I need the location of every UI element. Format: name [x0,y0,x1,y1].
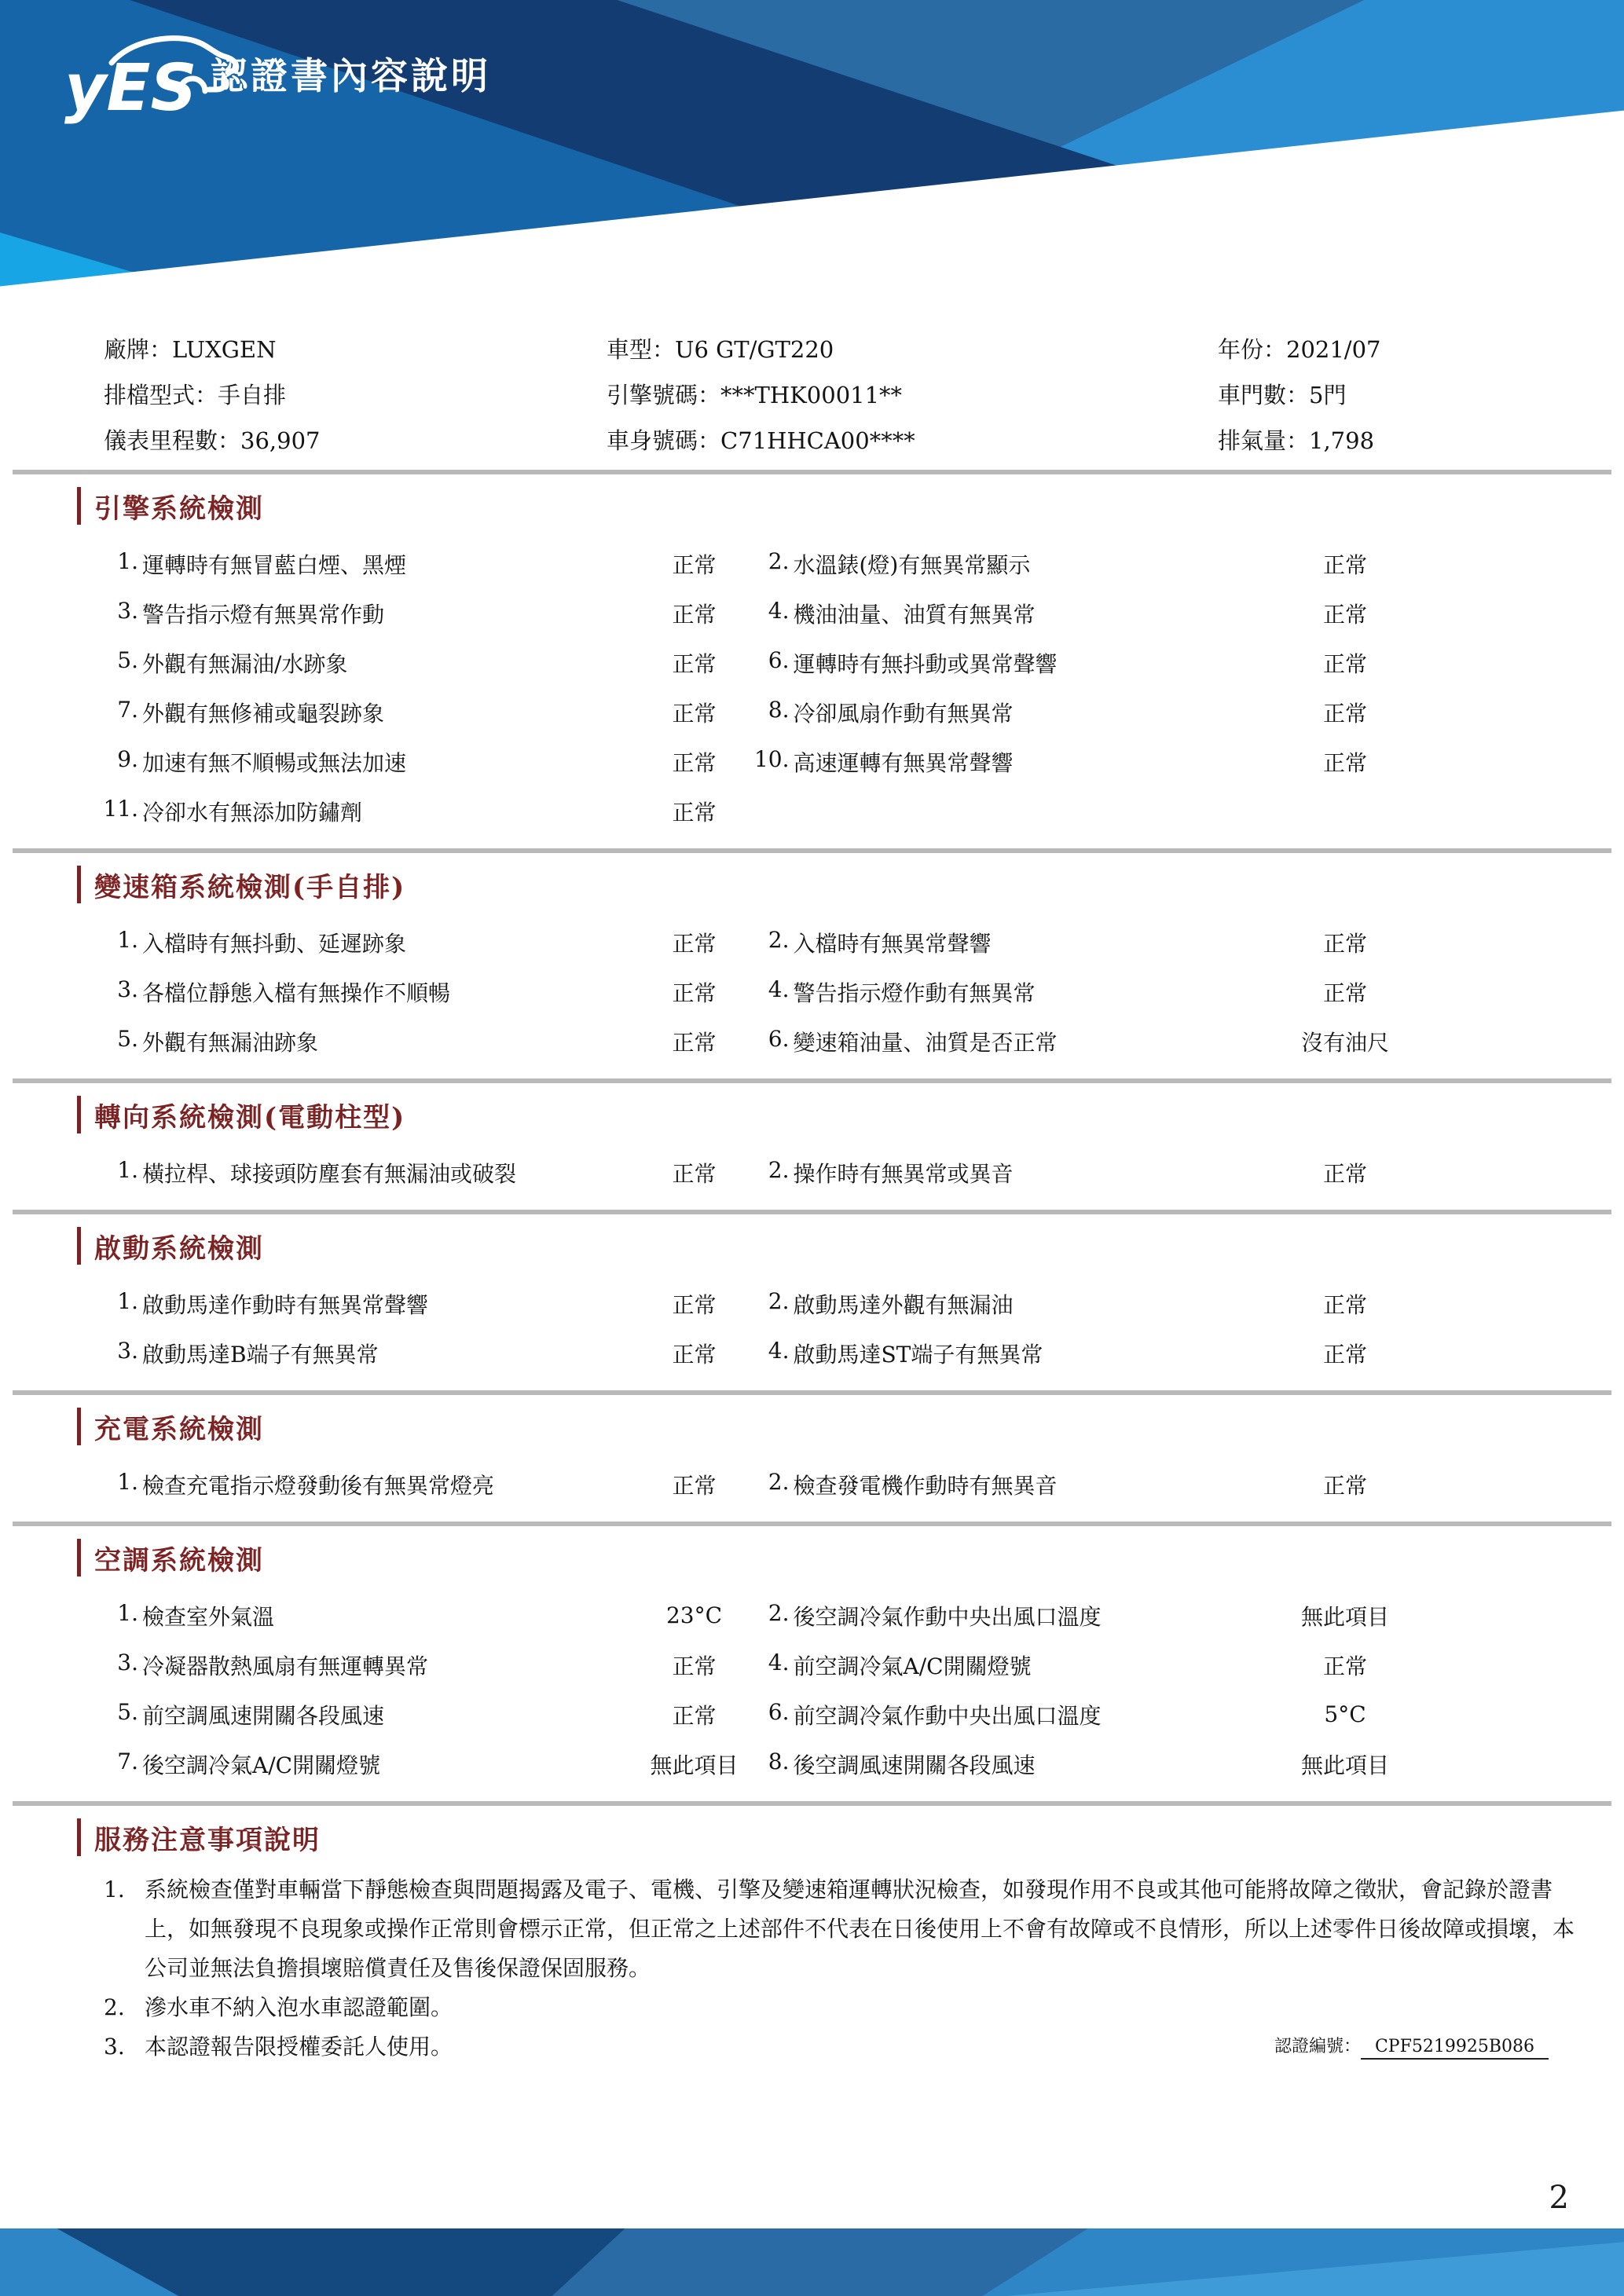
section-title-text: 變速箱系統檢測(手自排) [94,866,405,904]
item-number: 3. [102,1650,138,1681]
item-label: 變速箱油量、油質是否正常 [794,1026,1058,1057]
inspection-item: 10.高速運轉有無異常聲響 [753,746,1287,778]
item-label: 前空調冷氣作動中央出風口溫度 [794,1699,1102,1730]
inspection-result: 正常 [1286,1338,1404,1369]
section-rows: 1.啟動馬達作動時有無異常聲響正常2.啟動馬達外觀有無漏油正常3.啟動馬達B端子… [0,1279,1624,1378]
inspection-item: 2.檢查發電機作動時有無異音 [753,1469,1287,1500]
inspection-result: 正常 [636,1699,753,1730]
inspection-row: 7.後空調冷氣A/C開關燈號無此項目8.後空調風速開關各段風速無此項目 [0,1739,1624,1789]
inspection-item: 5.前空調風速開關各段風速 [102,1699,636,1730]
inspection-item: 7.後空調冷氣A/C開關燈號 [102,1749,636,1780]
section-title: 引擎系統檢測 [77,487,1624,525]
inspection-row: 1.橫拉桿、球接頭防塵套有無漏油或破裂正常2.操作時有無異常或異音正常 [0,1148,1624,1197]
inspection-item: 1.橫拉桿、球接頭防塵套有無漏油或破裂 [102,1157,636,1188]
item-label: 前空調冷氣A/C開關燈號 [794,1650,1032,1681]
vehicle-info-cell: 引擎號碼：***THK00011** [607,378,1218,410]
item-label: 機油油量、油質有無異常 [794,598,1036,629]
inspection-item: 5.外觀有無漏油/水跡象 [102,647,636,679]
note-item: 2.滲水車不納入泡水車認證範圍。 [104,1988,1624,2027]
inspection-result: 沒有油尺 [1286,1026,1404,1057]
vehicle-info-cell: 排氣量：1,798 [1218,423,1624,456]
inspection-result: 正常 [1286,548,1404,580]
inspection-result: 正常 [636,1469,753,1500]
inspection-result: 正常 [1286,1469,1404,1500]
inspection-item: 4.警告指示燈作動有無異常 [753,976,1287,1008]
inspection-result: 正常 [636,1288,753,1320]
inspection-item: 4.啟動馬達ST端子有無異常 [753,1338,1287,1369]
vehicle-info-cell: 儀表里程數：36,907 [104,423,607,456]
inspection-result: 正常 [636,697,753,728]
inspection-item: 4.前空調冷氣A/C開關燈號 [753,1650,1287,1681]
item-number: 3. [102,976,138,1008]
item-number: 1. [102,548,138,580]
item-number: 2. [753,1600,790,1631]
inspection-item: 1.檢查充電指示燈發動後有無異常燈亮 [102,1469,636,1500]
item-number: 3. [102,598,138,629]
vehicle-info-row: 排檔型式：手自排引擎號碼：***THK00011**車門數：5門 [104,371,1624,416]
inspection-row: 3.警告指示燈有無異常作動正常4.機油油量、油質有無異常正常 [0,588,1624,638]
item-number: 4. [753,976,790,1008]
inspection-result: 無此項目 [636,1749,753,1780]
inspection-item: 3.啟動馬達B端子有無異常 [102,1338,636,1369]
item-label: 警告指示燈作動有無異常 [794,976,1036,1008]
item-number: 5. [102,647,138,679]
vehicle-info-cell: 廠牌：LUXGEN [104,332,607,364]
vehicle-info-cell: 年份：2021/07 [1218,332,1624,364]
item-label: 前空調風速開關各段風速 [142,1699,384,1730]
certificate-number-line: 認證編號：CPF5219925B086 [1274,2027,1549,2067]
note-number: 3. [104,2027,145,2067]
inspection-result: 正常 [1286,1288,1404,1320]
inspection-result: 無此項目 [1286,1600,1404,1631]
item-number: 1. [102,1157,138,1188]
item-label: 入檔時有無抖動、延遲跡象 [142,927,406,958]
item-label: 運轉時有無冒藍白煙、黑煙 [142,548,406,580]
inspection-item: 2.水溫錶(燈)有無異常顯示 [753,548,1287,580]
vehicle-info-cell: 車型：U6 GT/GT220 [607,332,1218,364]
item-number: 4. [753,598,790,629]
item-label: 檢查發電機作動時有無異音 [794,1469,1058,1500]
item-label: 外觀有無漏油/水跡象 [142,647,347,679]
item-number: 4. [753,1650,790,1681]
vehicle-info-row: 廠牌：LUXGEN車型：U6 GT/GT220年份：2021/07 [104,325,1624,371]
inspection-section: 充電系統檢測1.檢查充電指示燈發動後有無異常燈亮正常2.檢查發電機作動時有無異音… [0,1395,1624,1522]
inspection-row: 3.冷凝器散熱風扇有無運轉異常正常4.前空調冷氣A/C開關燈號正常 [0,1640,1624,1690]
item-label: 啟動馬達B端子有無異常 [142,1338,379,1369]
inspection-item: 2.入檔時有無異常聲響 [753,927,1287,958]
note-text: 滲水車不納入泡水車認證範圍。 [145,1988,453,2027]
page-header: yES 認證書內容說明 [0,0,1624,291]
page-footer [0,2228,1624,2296]
item-label: 啟動馬達ST端子有無異常 [794,1338,1043,1369]
item-label: 運轉時有無抖動或異常聲響 [794,647,1058,679]
inspection-result: 正常 [636,976,753,1008]
inspection-result: 正常 [1286,1650,1404,1681]
inspection-result: 正常 [636,1026,753,1057]
item-label: 外觀有無修補或龜裂跡象 [142,697,384,728]
inspection-result: 23°C [636,1602,753,1628]
item-number: 1. [102,1600,138,1631]
item-label: 橫拉桿、球接頭防塵套有無漏油或破裂 [142,1157,516,1188]
inspection-item: 8.冷卻風扇作動有無異常 [753,697,1287,728]
inspection-row: 7.外觀有無修補或龜裂跡象正常8.冷卻風扇作動有無異常正常 [0,687,1624,737]
certificate-number: CPF5219925B086 [1361,2037,1549,2060]
inspection-result: 正常 [1286,746,1404,778]
section-title-text: 轉向系統檢測(電動柱型) [94,1096,405,1134]
item-label: 各檔位靜態入檔有無操作不順暢 [142,976,450,1008]
inspection-item: 2.後空調冷氣作動中央出風口溫度 [753,1600,1287,1631]
page-title: 認證書內容說明 [211,47,491,100]
vehicle-info-row: 儀表里程數：36,907車身號碼：C71HHCA00****排氣量：1,798 [104,416,1624,462]
inspection-section: 變速箱系統檢測(手自排)1.入檔時有無抖動、延遲跡象正常2.入檔時有無異常聲響正… [0,853,1624,1078]
inspection-result: 正常 [636,746,753,778]
item-number: 8. [753,697,790,728]
item-label: 冷卻水有無添加防鏽劑 [142,796,362,827]
inspection-item: 1.啟動馬達作動時有無異常聲響 [102,1288,636,1320]
inspection-result: 正常 [1286,976,1404,1008]
item-label: 檢查充電指示燈發動後有無異常燈亮 [142,1469,494,1500]
item-label: 後空調冷氣作動中央出風口溫度 [794,1600,1102,1631]
item-label: 水溫錶(燈)有無異常顯示 [794,548,1031,580]
inspection-row: 1.檢查充電指示燈發動後有無異常燈亮正常2.檢查發電機作動時有無異音正常 [0,1459,1624,1509]
inspection-item: 2.操作時有無異常或異音 [753,1157,1287,1188]
inspection-item: 6.變速箱油量、油質是否正常 [753,1026,1287,1057]
item-label: 警告指示燈有無異常作動 [142,598,384,629]
note-item: 1.系統檢查僅對車輛當下靜態檢查與問題揭露及電子、電機、引擎及變速箱運轉狀況檢查… [104,1870,1624,1988]
inspection-result: 5°C [1286,1701,1404,1727]
inspection-row: 1.啟動馬達作動時有無異常聲響正常2.啟動馬達外觀有無漏油正常 [0,1279,1624,1328]
item-number: 3. [102,1338,138,1369]
section-title: 啟動系統檢測 [77,1227,1624,1265]
item-number: 4. [753,1338,790,1369]
inspection-result: 正常 [1286,927,1404,958]
section-title-text: 引擎系統檢測 [94,487,264,525]
inspection-item: 1.入檔時有無抖動、延遲跡象 [102,927,636,958]
item-number: 1. [102,1288,138,1320]
inspection-result: 正常 [636,1157,753,1188]
section-title-text: 空調系統檢測 [94,1539,264,1577]
inspection-item: 9.加速有無不順暢或無法加速 [102,746,636,778]
item-number: 11. [102,796,138,827]
item-number: 5. [102,1026,138,1057]
inspection-row: 11.冷卻水有無添加防鏽劑正常 [0,786,1624,836]
section-title: 空調系統檢測 [77,1539,1624,1576]
item-label: 後空調冷氣A/C開關燈號 [142,1749,380,1780]
inspection-row: 5.外觀有無漏油/水跡象正常6.運轉時有無抖動或異常聲響正常 [0,638,1624,687]
inspection-section: 啟動系統檢測1.啟動馬達作動時有無異常聲響正常2.啟動馬達外觀有無漏油正常3.啟… [0,1214,1624,1390]
section-rows: 1.入檔時有無抖動、延遲跡象正常2.入檔時有無異常聲響正常3.各檔位靜態入檔有無… [0,917,1624,1066]
item-number: 7. [102,697,138,728]
item-label: 高速運轉有無異常聲響 [794,746,1014,778]
inspection-sections: 引擎系統檢測1.運轉時有無冒藍白煙、黑煙正常2.水溫錶(燈)有無異常顯示正常3.… [0,470,1624,1801]
item-number: 1. [102,1469,138,1500]
section-title-text: 啟動系統檢測 [94,1227,264,1265]
section-title-text: 充電系統檢測 [94,1408,264,1446]
inspection-row: 3.啟動馬達B端子有無異常正常4.啟動馬達ST端子有無異常正常 [0,1328,1624,1378]
note-text: 本認證報告限授權委託人使用。 [145,2027,453,2067]
inspection-item: 6.前空調冷氣作動中央出風口溫度 [753,1699,1287,1730]
inspection-result: 正常 [636,796,753,827]
section-rows: 1.檢查充電指示燈發動後有無異常燈亮正常2.檢查發電機作動時有無異音正常 [0,1459,1624,1509]
inspection-result: 正常 [1286,1157,1404,1188]
item-label: 入檔時有無異常聲響 [794,927,992,958]
section-rows: 1.運轉時有無冒藍白煙、黑煙正常2.水溫錶(燈)有無異常顯示正常3.警告指示燈有… [0,539,1624,836]
vehicle-info-cell: 車身號碼：C71HHCA00**** [607,423,1218,456]
item-number: 2. [753,927,790,958]
item-label: 冷凝器散熱風扇有無運轉異常 [142,1650,428,1681]
item-number: 2. [753,548,790,580]
item-label: 啟動馬達作動時有無異常聲響 [142,1288,428,1320]
inspection-item: 3.警告指示燈有無異常作動 [102,598,636,629]
inspection-item: 1.檢查室外氣溫 [102,1600,636,1631]
item-number: 6. [753,1026,790,1057]
inspection-row: 1.檢查室外氣溫23°C2.後空調冷氣作動中央出風口溫度無此項目 [0,1591,1624,1640]
note-number: 2. [104,1988,145,2027]
item-label: 冷卻風扇作動有無異常 [794,697,1014,728]
inspection-result: 正常 [636,647,753,679]
inspection-item: 4.機油油量、油質有無異常 [753,598,1287,629]
inspection-result: 正常 [636,548,753,580]
inspection-item: 6.運轉時有無抖動或異常聲響 [753,647,1287,679]
section-title: 服務注意事項說明 [77,1818,1624,1856]
inspection-row: 5.外觀有無漏油跡象正常6.變速箱油量、油質是否正常沒有油尺 [0,1016,1624,1066]
inspection-result: 正常 [636,1650,753,1681]
item-number: 7. [102,1749,138,1780]
note-item: 3.本認證報告限授權委託人使用。認證編號：CPF5219925B086 [104,2027,1624,2067]
certificate-page: yES 認證書內容說明 廠牌：LUXGEN車型：U6 GT/GT220年份：20… [0,0,1624,2296]
item-number: 2. [753,1157,790,1188]
section-title: 充電系統檢測 [77,1408,1624,1445]
inspection-result: 正常 [636,598,753,629]
inspection-section: 轉向系統檢測(電動柱型)1.橫拉桿、球接頭防塵套有無漏油或破裂正常2.操作時有無… [0,1083,1624,1210]
section-title: 變速箱系統檢測(手自排) [77,866,1624,903]
notes-list: 1.系統檢查僅對車輛當下靜態檢查與問題揭露及電子、電機、引擎及變速箱運轉狀況檢查… [0,1870,1624,2067]
service-notes-section: 服務注意事項說明 1.系統檢查僅對車輛當下靜態檢查與問題揭露及電子、電機、引擎及… [0,1806,1624,2079]
item-number: 10. [753,746,790,778]
item-label: 啟動馬達外觀有無漏油 [794,1288,1014,1320]
section-rows: 1.檢查室外氣溫23°C2.後空調冷氣作動中央出風口溫度無此項目3.冷凝器散熱風… [0,1591,1624,1789]
item-number: 1. [102,927,138,958]
inspection-result: 正常 [1286,697,1404,728]
note-text: 系統檢查僅對車輛當下靜態檢查與問題揭露及電子、電機、引擎及變速箱運轉狀況檢查，如… [145,1870,1580,1988]
inspection-section: 引擎系統檢測1.運轉時有無冒藍白煙、黑煙正常2.水溫錶(燈)有無異常顯示正常3.… [0,474,1624,848]
note-number: 1. [104,1870,145,1988]
item-label: 後空調風速開關各段風速 [794,1749,1036,1780]
inspection-result: 正常 [1286,598,1404,629]
page-number: 2 [1549,2180,1569,2216]
inspection-item: 7.外觀有無修補或龜裂跡象 [102,697,636,728]
item-number: 5. [102,1699,138,1730]
yes-logo-text: yES [64,51,197,126]
inspection-row: 9.加速有無不順暢或無法加速正常10.高速運轉有無異常聲響正常 [0,737,1624,786]
inspection-item: 11.冷卻水有無添加防鏽劑 [102,796,636,827]
inspection-row: 1.運轉時有無冒藍白煙、黑煙正常2.水溫錶(燈)有無異常顯示正常 [0,539,1624,588]
item-label: 加速有無不順暢或無法加速 [142,746,406,778]
inspection-item: 2.啟動馬達外觀有無漏油 [753,1288,1287,1320]
inspection-section: 空調系統檢測1.檢查室外氣溫23°C2.後空調冷氣作動中央出風口溫度無此項目3.… [0,1526,1624,1801]
item-label: 操作時有無異常或異音 [794,1157,1014,1188]
inspection-item: 8.後空調風速開關各段風速 [753,1749,1287,1780]
inspection-item: 5.外觀有無漏油跡象 [102,1026,636,1057]
inspection-result: 正常 [636,927,753,958]
item-label: 檢查室外氣溫 [142,1600,274,1631]
section-title-text: 服務注意事項說明 [94,1818,321,1857]
inspection-result: 無此項目 [1286,1749,1404,1780]
inspection-item: 3.冷凝器散熱風扇有無運轉異常 [102,1650,636,1681]
inspection-item: 3.各檔位靜態入檔有無操作不順暢 [102,976,636,1008]
item-number: 2. [753,1288,790,1320]
inspection-row: 5.前空調風速開關各段風速正常6.前空調冷氣作動中央出風口溫度5°C [0,1690,1624,1739]
item-number: 2. [753,1469,790,1500]
item-number: 8. [753,1749,790,1780]
item-number: 6. [753,1699,790,1730]
inspection-row: 3.各檔位靜態入檔有無操作不順暢正常4.警告指示燈作動有無異常正常 [0,967,1624,1016]
item-label: 外觀有無漏油跡象 [142,1026,318,1057]
inspection-row: 1.入檔時有無抖動、延遲跡象正常2.入檔時有無異常聲響正常 [0,917,1624,967]
item-number: 6. [753,647,790,679]
item-number: 9. [102,746,138,778]
inspection-result: 正常 [636,1338,753,1369]
vehicle-info-cell: 排檔型式：手自排 [104,378,607,410]
certificate-label: 認證編號： [1274,2037,1361,2056]
vehicle-info-cell: 車門數：5門 [1218,378,1624,410]
section-title: 轉向系統檢測(電動柱型) [77,1096,1624,1133]
inspection-item: 1.運轉時有無冒藍白煙、黑煙 [102,548,636,580]
section-rows: 1.橫拉桿、球接頭防塵套有無漏油或破裂正常2.操作時有無異常或異音正常 [0,1148,1624,1197]
inspection-result: 正常 [1286,647,1404,679]
vehicle-info: 廠牌：LUXGEN車型：U6 GT/GT220年份：2021/07排檔型式：手自… [104,325,1624,462]
